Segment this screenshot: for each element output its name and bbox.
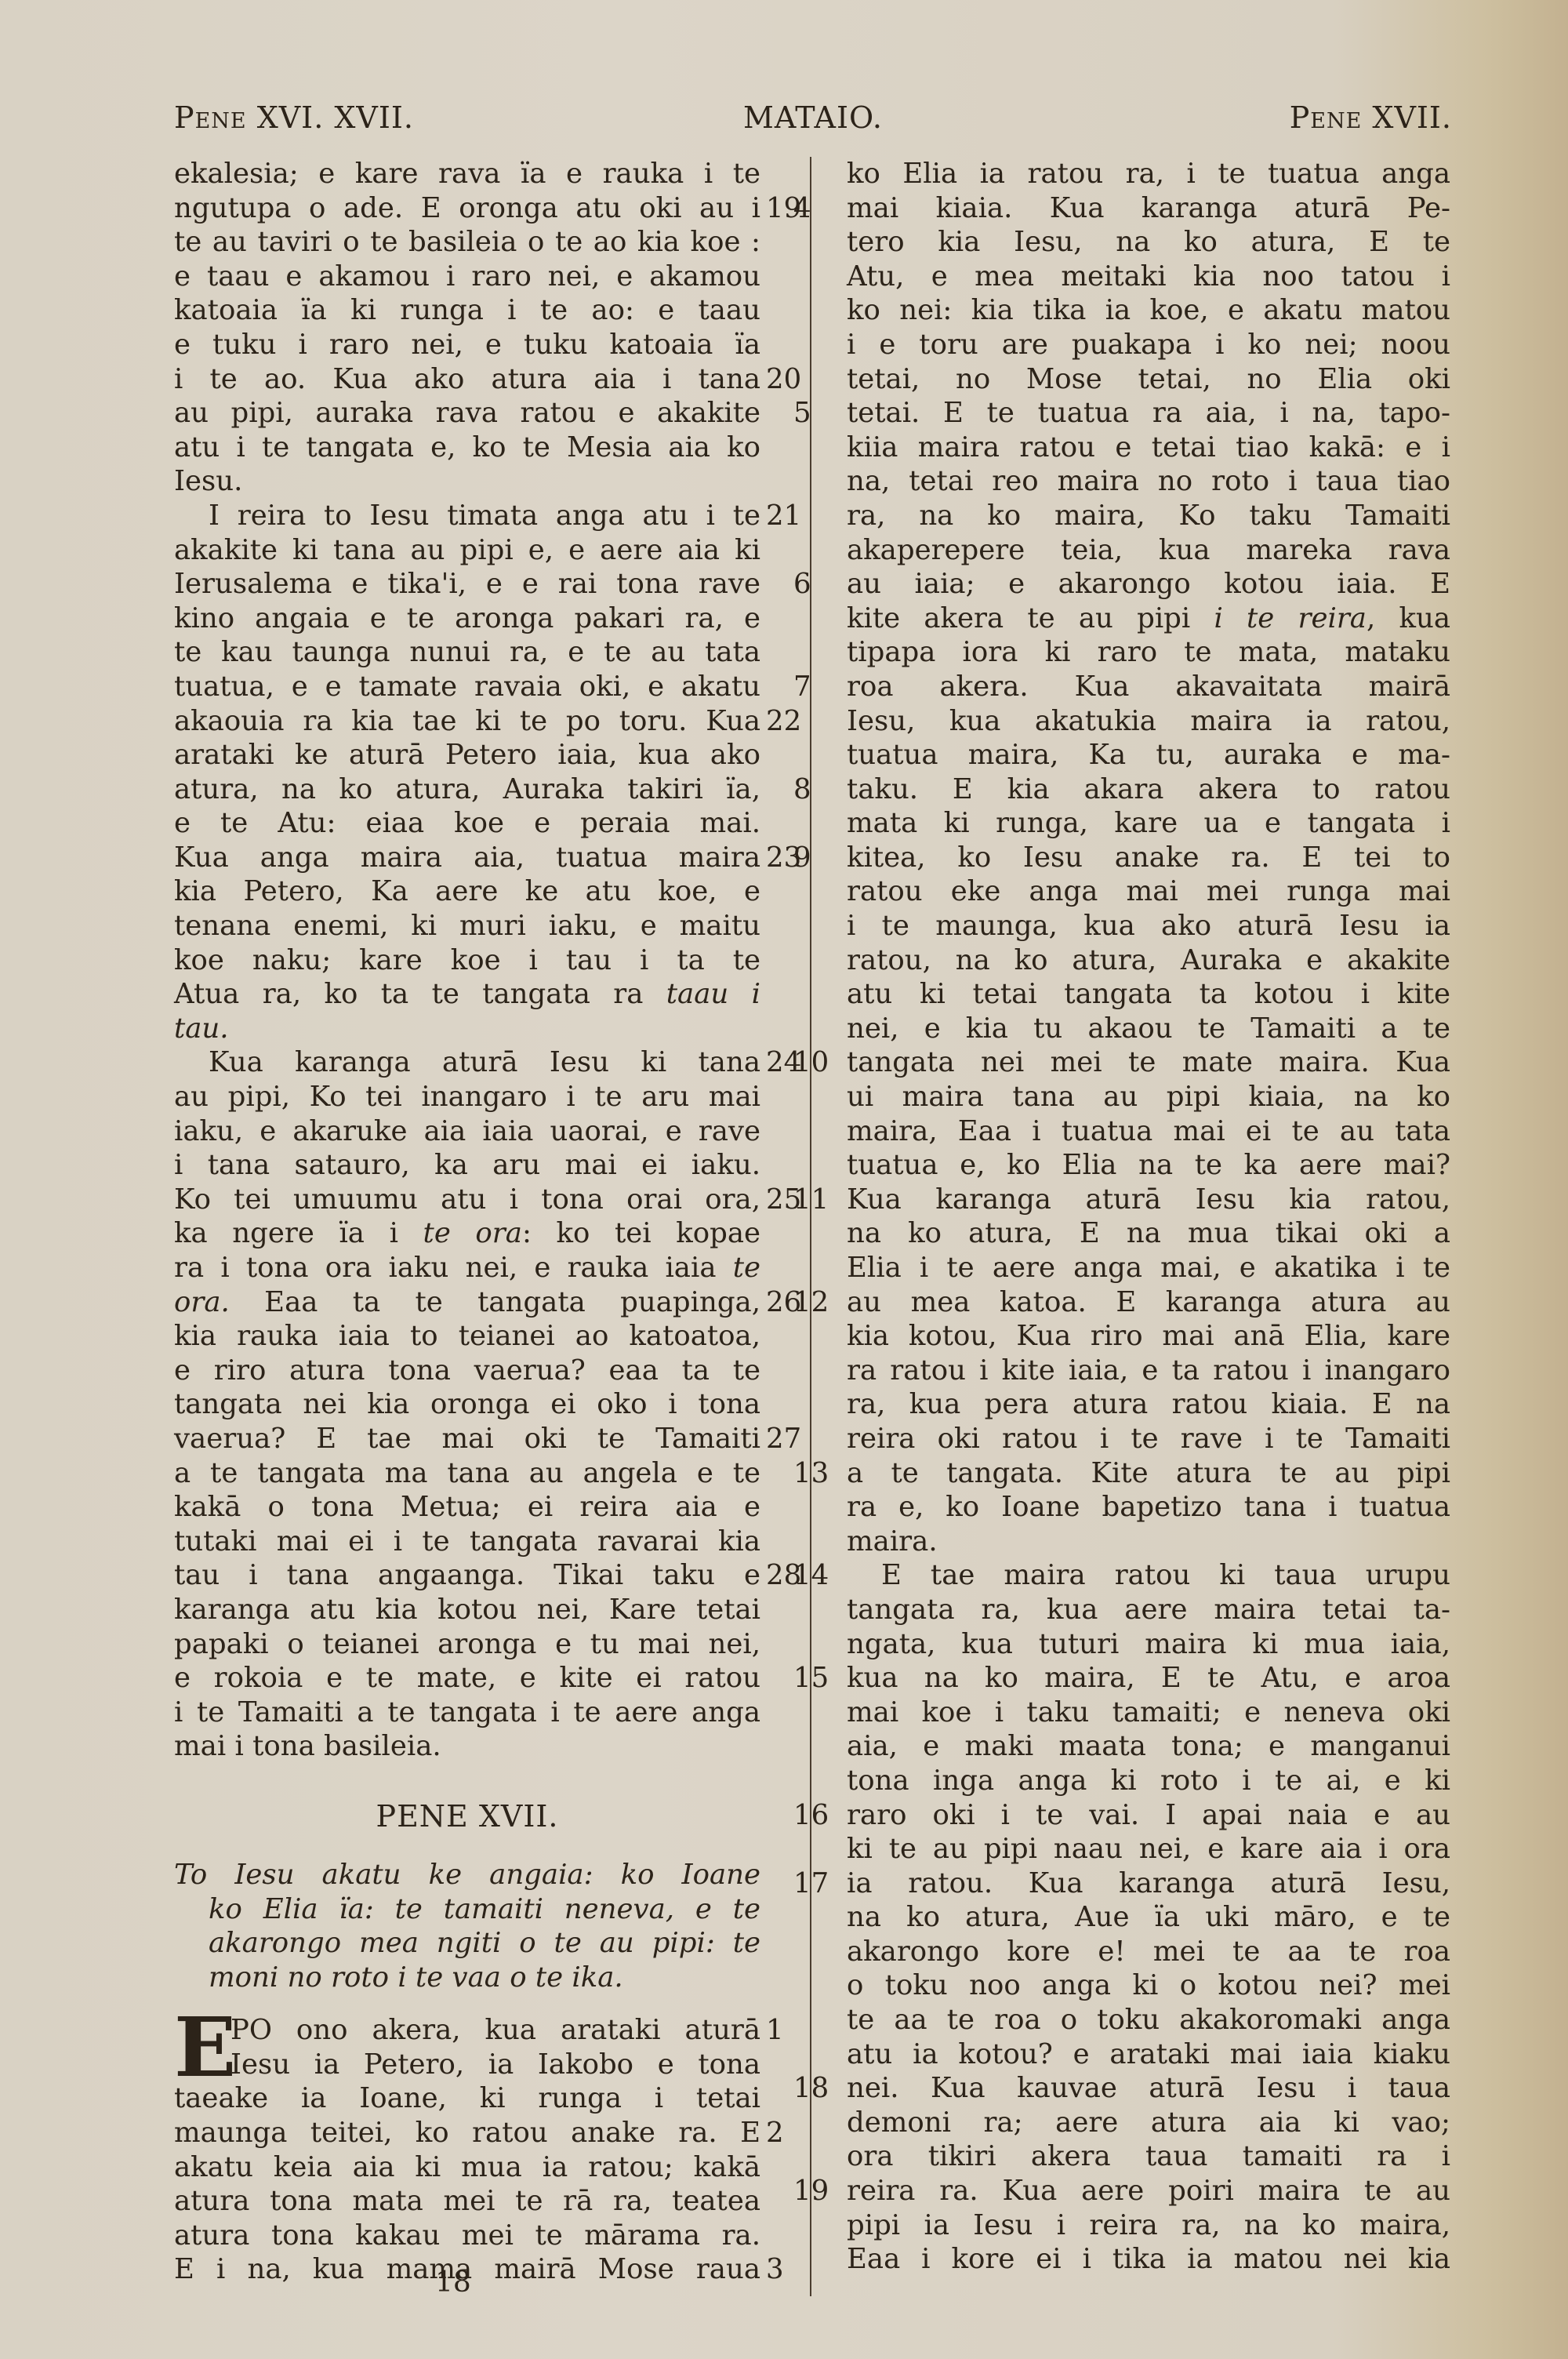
text-line: ki te au pipi naau nei, e kare aia i ora <box>847 1832 1450 1866</box>
text-line: I reira to Iesu timata anga atu i te21 <box>174 499 760 533</box>
text-line: kiia maira ratou e tetai tiao kakā: e i <box>847 431 1450 465</box>
text-line: taku. E kia akara akera to ratou8 <box>847 772 1450 807</box>
text-line: maira. <box>847 1525 1450 1559</box>
text-line: koe naku; kare koe i tau i ta te <box>174 943 760 978</box>
text-line: atu i te tangata e, ko te Mesia aia ko <box>174 431 760 465</box>
text-line: nei. Kua kauvae aturā Iesu i taua18 <box>847 2071 1450 2106</box>
text-line: i te ao. Kua ako atura aia i tana20 <box>174 362 760 397</box>
text-line: Atua ra, ko ta te tangata ra taau i <box>174 977 760 1012</box>
summary-line: ko Elia ïa: te tamaiti neneva, e te <box>174 1892 760 1927</box>
text-line: ra e, ko Ioane bapetizo tana i tuatua <box>847 1490 1450 1525</box>
text-line: Elia i te aere anga mai, e akatika i te <box>847 1251 1450 1285</box>
text-line: vaerua? E tae mai oki te Tamaiti27 <box>174 1422 760 1456</box>
text-line: kakā o tona Metua; ei reira aia e <box>174 1490 760 1525</box>
text-line: roa akera. Kua akavaitata mairā7 <box>847 670 1450 704</box>
text-line: ora tikiri akera taua tamaiti ra i <box>847 2139 1450 2174</box>
text-line: nei, e kia tu akaou te Tamaiti a te <box>847 1012 1450 1046</box>
text-line: ko Elia ia ratou ra, i te tuatua anga <box>847 157 1450 191</box>
text-line: reira oki ratou i te rave i te Tamaiti <box>847 1422 1450 1456</box>
italic-text: i te reira <box>1214 602 1367 634</box>
text-line: i tana satauro, ka aru mai ei iaku. <box>174 1148 760 1183</box>
text-line: tona inga anga ki roto i te ai, e ki <box>847 1764 1450 1798</box>
verse-number: 27 <box>766 1422 809 1456</box>
text-line: tutaki mai ei i te tangata ravarai kia <box>174 1525 760 1559</box>
verse-number: 11 <box>793 1183 840 1217</box>
text-line: iaku, e akaruke aia iaia uaorai, e rave <box>174 1114 760 1149</box>
text-line: kia kotou, Kua riro mai anā Elia, kare <box>847 1319 1450 1354</box>
verse-number: 20 <box>766 362 809 397</box>
text-line: na ko atura, E na mua tikai oki a <box>847 1216 1450 1251</box>
text-line: kino angaia e te aronga pakari ra, e <box>174 602 760 636</box>
text-line: e te Atu: eiaa koe e peraia mai. <box>174 806 760 841</box>
summary-line: akarongo mea ngiti o te au pipi: te <box>174 1926 760 1961</box>
text-line: kia rauka iaia to teianei ao katoatoa, <box>174 1319 760 1354</box>
text-line: taeake ia Ioane, ki runga i tetai <box>174 2081 760 2116</box>
text-line: tangata ra, kua aere maira tetai ta- <box>847 1593 1450 1627</box>
text-line: arataki ke aturā Petero iaia, kua ako <box>174 738 760 772</box>
text-line: ra i tona ora iaku nei, e rauka iaia te <box>174 1251 760 1285</box>
text-line: tetai. E te tuatua ra aia, i na, tapo-5 <box>847 396 1450 431</box>
text-line: na, tetai reo maira no roto i taua tiao <box>847 464 1450 499</box>
summary-line: moni no roto i te vaa o te ika. <box>174 1961 760 1995</box>
verse-number: 13 <box>793 1456 840 1491</box>
text-line: ko nei: kia tika ia koe, e akatu matou <box>847 293 1450 328</box>
right-column: ko Elia ia ratou ra, i te tuatua angamai… <box>847 157 1450 2277</box>
text-line: tangata nei kia oronga ei oko i tona <box>174 1387 760 1422</box>
italic-text: taau i <box>666 978 760 1010</box>
text-line: a te tangata ma tana au angela e te <box>174 1456 760 1491</box>
text-line: e riro atura tona vaerua? eaa ta te <box>174 1354 760 1388</box>
text-line: Atu, e mea meitaki kia noo tatou i <box>847 260 1450 294</box>
text-line: demoni ra; aere atura aia ki vao; <box>847 2106 1450 2140</box>
text-line: ra ratou i kite iaia, e ta ratou i inang… <box>847 1354 1450 1388</box>
verse-number: 1 <box>766 2013 809 2048</box>
text-line: ia ratou. Kua karanga aturā Iesu,17 <box>847 1866 1450 1901</box>
italic-text: te <box>733 1252 760 1284</box>
text-line: maira, Eaa i tuatua mai ei te au tata <box>847 1114 1450 1149</box>
verse-number: 3 <box>766 2252 809 2287</box>
text-line: atura tona mata mei te rā ra, teatea <box>174 2184 760 2219</box>
verse-number: 12 <box>793 1285 840 1320</box>
text-line: akarongo kore e! mei te aa te roa <box>847 1935 1450 1969</box>
text-line: o toku noo anga ki o kotou nei? mei <box>847 1968 1450 2003</box>
text-line: tau i tana angaanga. Tikai taku e28 <box>174 1558 760 1593</box>
verse-number: 5 <box>793 396 840 431</box>
running-head-book-title: MATAIO. <box>743 100 883 135</box>
text-line: te kau taunga nunui ra, e te au tata <box>174 635 760 670</box>
verse-number: 16 <box>793 1798 840 1833</box>
text-line: atura, na ko atura, Auraka takiri ïa, <box>174 772 760 807</box>
text-line: i te maunga, kua ako aturā Iesu ia <box>847 909 1450 943</box>
text-line: atura tona kakau mei te mārama ra. <box>174 2219 760 2253</box>
left-column: ekalesia; e kare rava ïa e rauka i tengu… <box>174 157 760 2287</box>
italic-text: tau. <box>174 1012 229 1045</box>
running-head: Pene XVI. XVII. MATAIO. Pene XVII. <box>174 100 1452 140</box>
text-line: tau. <box>174 1012 760 1046</box>
text-line: kia Petero, Ka aere ke atu koe, e <box>174 874 760 909</box>
text-line: ora. Eaa ta te tangata puapinga,26 <box>174 1285 760 1320</box>
verse-number: 22 <box>766 704 809 739</box>
text-line: te au taviri o te basileia o te ao kia k… <box>174 225 760 260</box>
italic-text: ora. <box>174 1286 230 1318</box>
text-line: tuatua, e e tamate ravaia oki, e akatu <box>174 670 760 704</box>
verse-number: 21 <box>766 499 809 533</box>
text-line: E tae maira ratou ki taua urupu14 <box>847 1558 1450 1593</box>
text-line: akatu keia aia ki mua ia ratou; kakā <box>174 2150 760 2185</box>
text-line: tuatua e, ko Elia na te ka aere mai? <box>847 1148 1450 1183</box>
text-line: PO ono akera, kua arataki aturā1 <box>174 2013 760 2048</box>
verse-number: 7 <box>793 670 840 704</box>
verse-number: 10 <box>793 1045 840 1080</box>
text-line: e tuku i raro nei, e tuku katoaia ïa <box>174 328 760 362</box>
text-line: mai i tona basileia. <box>174 1729 760 1764</box>
verse-number: 19 <box>793 2174 840 2208</box>
text-line: Ko tei umuumu atu i tona orai ora,25 <box>174 1183 760 1217</box>
verse-number: 2 <box>766 2116 809 2150</box>
text-line: tangata nei mei te mate maira. Kua10 <box>847 1045 1450 1080</box>
text-line: maunga teitei, ko ratou anake ra. E2 <box>174 2116 760 2150</box>
text-line: Iesu, kua akatukia maira ia ratou, <box>847 704 1450 739</box>
text-line: au pipi, Ko tei inangaro i te aru mai <box>174 1080 760 1114</box>
text-line: ngata, kua tuturi maira ki mua iaia, <box>847 1627 1450 1662</box>
text-line: ra, na ko maira, Ko taku Tamaiti <box>847 499 1450 533</box>
verse-number: 15 <box>793 1661 840 1696</box>
text-line: ka ngere ïa i te ora: ko tei kopae <box>174 1216 760 1251</box>
running-head-right: Pene XVII. <box>1290 100 1452 135</box>
text-line: i te Tamaiti a te tangata i te aere anga <box>174 1696 760 1730</box>
text-line: raro oki i te vai. I apai naia e au16 <box>847 1798 1450 1833</box>
chapter-opening-paragraph: EPO ono akera, kua arataki aturā1Iesu ia… <box>174 2013 760 2287</box>
text-line: tero kia Iesu, na ko atura, E te <box>847 225 1450 260</box>
text-line: Kua karanga aturā Iesu kia ratou,11 <box>847 1183 1450 1217</box>
italic-text: te ora <box>423 1217 522 1249</box>
text-line: ngutupa o ade. E oronga atu oki au i19 <box>174 191 760 226</box>
column-divider <box>810 157 811 2296</box>
text-line: ratou eke anga mai mei runga mai <box>847 874 1450 909</box>
text-line: ui maira tana au pipi kiaia, na ko <box>847 1080 1450 1114</box>
text-line: akaouia ra kia tae ki te po toru. Kua22 <box>174 704 760 739</box>
text-line: katoaia ïa ki runga i te ao: e taau <box>174 293 760 328</box>
text-line: kitea, ko Iesu anake ra. E tei to9 <box>847 841 1450 875</box>
text-line: reira ra. Kua aere poiri maira te au19 <box>847 2174 1450 2208</box>
text-line: mata ki runga, kare ua e tangata i <box>847 806 1450 841</box>
text-line: aia, e maki maata tona; e manganui <box>847 1729 1450 1764</box>
text-line: mai koe i taku tamaiti; e neneva oki <box>847 1696 1450 1730</box>
text-line: atu ia kotou? e arataki mai iaia kiaku <box>847 2037 1450 2072</box>
page-number: 18 <box>435 2266 471 2299</box>
text-line: i e toru are puakapa i ko nei; noou <box>847 328 1450 362</box>
text-line: ratou, na ko atura, Auraka e akakite <box>847 943 1450 978</box>
text-line: tipapa iora ki raro te mata, mataku <box>847 635 1450 670</box>
text-line: Iesu ia Petero, ia Iakobo e tona <box>174 2048 760 2082</box>
text-line: pipi ia Iesu i reira ra, na ko maira, <box>847 2208 1450 2243</box>
text-line: tetai, no Mose tetai, no Elia oki <box>847 362 1450 397</box>
text-line: a te tangata. Kite atura te au pipi13 <box>847 1456 1450 1491</box>
verse-number: 14 <box>793 1558 840 1593</box>
text-line: akakite ki tana au pipi e, e aere aia ki <box>174 533 760 568</box>
text-line: te aa te roa o toku akakoromaki anga <box>847 2003 1450 2037</box>
verse-number: 9 <box>793 841 840 875</box>
text-line: mai kiaia. Kua karanga aturā Pe-4 <box>847 191 1450 226</box>
text-line: Iesu. <box>174 464 760 499</box>
text-line: au mea katoa. E karanga atura au12 <box>847 1285 1450 1320</box>
chapter-summary: To Iesu akatu ke angaia: ko Ioaneko Elia… <box>174 1858 760 1994</box>
verse-number: 17 <box>793 1866 840 1901</box>
text-line: ekalesia; e kare rava ïa e rauka i te <box>174 157 760 191</box>
text-line: akaperepere teia, kua mareka rava <box>847 533 1450 568</box>
text-line: Kua anga maira aia, tuatua maira23 <box>174 841 760 875</box>
running-head-left: Pene XVI. XVII. <box>174 100 414 135</box>
text-line: e taau e akamou i raro nei, e akamou <box>174 260 760 294</box>
text-line: Eaa i kore ei i tika ia matou nei kia <box>847 2242 1450 2277</box>
chapter-heading: PENE XVII. <box>174 1800 760 1837</box>
text-line: kua na ko maira, E te Atu, e aroa15 <box>847 1661 1450 1696</box>
text-line: atu ki tetai tangata ta kotou i kite <box>847 977 1450 1012</box>
text-line: tenana enemi, ki muri iaku, e maitu <box>174 909 760 943</box>
text-line: na ko atura, Aue ïa uki māro, e te <box>847 1900 1450 1935</box>
text-line: Ierusalema e tika'i, e e rai tona rave <box>174 567 760 602</box>
text-line: au pipi, auraka rava ratou e akakite <box>174 396 760 431</box>
text-line: ra, kua pera atura ratou kiaia. E na <box>847 1387 1450 1422</box>
text-line: kite akera te au pipi i te reira, kua <box>847 602 1450 636</box>
verse-number: 8 <box>793 772 840 807</box>
text-line: karanga atu kia kotou nei, Kare tetai <box>174 1593 760 1627</box>
summary-line: To Iesu akatu ke angaia: ko Ioane <box>174 1858 760 1892</box>
verse-number: 6 <box>793 567 840 602</box>
text-line: Kua karanga aturā Iesu ki tana24 <box>174 1045 760 1080</box>
verse-number: 18 <box>793 2071 840 2106</box>
verse-number: 4 <box>793 191 840 226</box>
text-line: au iaia; e akarongo kotou iaia. E6 <box>847 567 1450 602</box>
text-line: tuatua maira, Ka tu, auraka e ma- <box>847 738 1450 772</box>
text-line: e rokoia e te mate, e kite ei ratou <box>174 1661 760 1696</box>
text-line: papaki o teianei aronga e tu mai nei, <box>174 1627 760 1662</box>
